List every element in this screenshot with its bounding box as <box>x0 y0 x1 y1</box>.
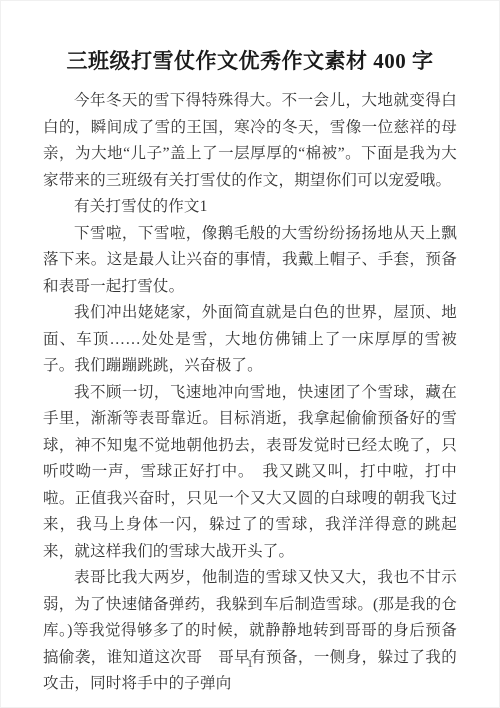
document-body: 今年冬天的雪下得特殊得大。不一会儿，大地就变得白白的，瞬间成了雪的王国，寒冷的冬… <box>43 88 457 698</box>
body-paragraph-4: 表哥比我大两岁，他制造的雪球又快又大，我也不甘示弱，为了快速储备弹药，我躲到车后… <box>43 565 457 698</box>
body-paragraph-1: 下雪啦，下雪啦，像鹅毛般的大雪纷纷扬扬地从天上飘落下来。这是最人让兴奋的事情，我… <box>43 221 457 301</box>
page-number: 1 <box>1 656 499 671</box>
section-heading: 有关打雪仗的作文1 <box>43 194 457 221</box>
intro-paragraph: 今年冬天的雪下得特殊得大。不一会儿，大地就变得白白的，瞬间成了雪的王国，寒冷的冬… <box>43 88 457 194</box>
document-title: 三班级打雪仗作文优秀作文素材 400 字 <box>43 47 457 75</box>
document-page: 三班级打雪仗作文优秀作文素材 400 字 今年冬天的雪下得特殊得大。不一会儿，大… <box>0 0 500 708</box>
body-paragraph-3: 我不顾一切，飞速地冲向雪地，快速团了个雪球，藏在手里，渐渐等表哥靠近。目标消逝，… <box>43 380 457 566</box>
body-paragraph-2: 我们冲出姥姥家，外面简直就是白色的世界，屋顶、地面、车顶……处处是雪，大地仿佛铺… <box>43 300 457 380</box>
